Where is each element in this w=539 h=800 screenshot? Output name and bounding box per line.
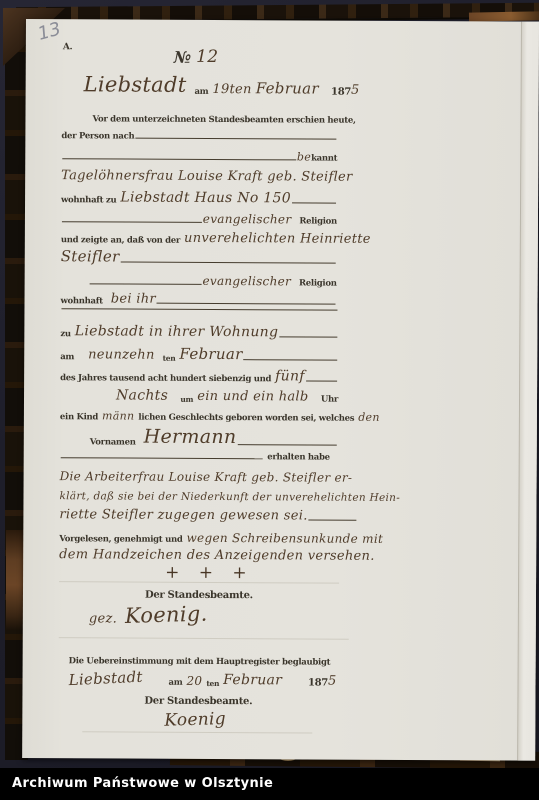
bekannt-hand: be [297, 150, 311, 163]
handmark-line: + + + [165, 563, 254, 583]
header-year-printed: 187 [331, 87, 351, 98]
separator-rule [60, 307, 338, 313]
mother-surname-line: Steifler [61, 247, 337, 266]
form-rule [237, 443, 336, 446]
birth-year-line: des Jahres tausend acht hundert siebenzi… [60, 367, 338, 384]
header-am-label: am [194, 87, 208, 97]
form-rule [61, 456, 263, 459]
birth-day-value: neunzehn [88, 347, 155, 362]
form-rule [121, 260, 336, 263]
mother-surname: Steifler [61, 247, 120, 265]
year-line-print: des Jahres tausend acht hundert siebenzi… [60, 373, 271, 384]
certification-registrar-label: Der Standesbeamte. [144, 696, 252, 708]
birth-place-value: Liebstadt in ihrer Wohnung [75, 323, 279, 340]
closing-hand-2: dem Handzeichen des Anzeigenden versehen… [59, 547, 375, 564]
vornamen-label: Vornamen [90, 437, 136, 447]
religion-value-1: evangelischer [203, 212, 292, 226]
wohnhaft-line: wohnhaft bei ihr [60, 291, 336, 307]
form-rule [90, 282, 202, 285]
child-print-2: lichen Geschlechts geboren worden sei, w… [138, 413, 354, 424]
closing-print: Vorgelesen, genehmigt und [59, 534, 182, 545]
birth-date-line: am neunzehn ten Februar [60, 344, 338, 363]
um-label: um [180, 395, 193, 404]
religion-line-1: evangelischer Religion [61, 211, 337, 226]
form-rule [306, 379, 337, 381]
registrar-label-line: Der Standesbeamte. [145, 590, 253, 602]
certification-registrar-label-line: Der Standesbeamte. [144, 696, 252, 708]
archive-name-label: Archiwum Państwowe w Olsztynie [12, 776, 273, 791]
religion-line-2: evangelischer Religion [89, 273, 337, 288]
certification-day: 20 [186, 674, 202, 688]
child-article-value: den [358, 411, 380, 424]
time-value: ein und ein halb [197, 389, 308, 405]
erhalten-line: erhalten habe [60, 451, 330, 462]
signature-prefix: gez. [89, 611, 117, 626]
mother-status: unverehelichten Heinriette [184, 231, 371, 247]
certification-ten-label: ten [206, 679, 219, 688]
intro-text: Vor dem unterzeichneten Standesbeamten e… [92, 114, 355, 125]
registrar-signature-line: gez. Koenig. [89, 602, 208, 627]
certification-am-label: am [169, 678, 183, 688]
declaration-line-2: klärt, daß sie bei der Niederkunft der u… [59, 490, 400, 504]
faint-rule [59, 581, 339, 583]
bekannt-print: kannt [311, 153, 337, 163]
record-number-value: 12 [196, 47, 218, 67]
form-rule [62, 157, 296, 160]
archive-caption-bar: Archiwum Państwowe w Olsztynie [0, 768, 539, 800]
zu-label: zu [60, 329, 70, 339]
declaration-line-1: Die Arbeiterfrau Louise Kraft geb. Steif… [60, 469, 353, 485]
certification-signature: Koenig [164, 709, 226, 731]
wohnhaft-label: wohnhaft [60, 296, 102, 306]
form-rule [135, 137, 336, 140]
handmark-crosses: + + + [165, 563, 254, 583]
registrar-label: Der Standesbeamte. [145, 590, 253, 602]
form-rule [62, 220, 202, 223]
form-rule [279, 335, 337, 337]
bekannt-line: be kannt [61, 149, 337, 163]
header-month: Februar [256, 79, 319, 97]
child-name-value: Hermann [144, 426, 237, 448]
zeigte-an-print: und zeigte an, daß von der [61, 235, 180, 246]
am-label: am [60, 352, 74, 362]
form-rule [244, 358, 338, 360]
child-gender-value: männ [102, 409, 134, 422]
child-gender-line: ein Kind männ lichen Geschlechts geboren… [60, 409, 338, 423]
time-period-value: Nachts [116, 387, 168, 403]
child-print-1: ein Kind [60, 412, 98, 422]
declarant-name: Tagelöhnersfrau Louise Kraft geb. Steifl… [61, 168, 352, 185]
certification-year-written: 5 [328, 674, 337, 689]
closing-hand-1: wegen Schreibensunkunde mit [186, 531, 383, 546]
register-page: 13 A. № 12 Liebstadt am 19ten Februar 18… [22, 19, 539, 761]
faint-rule [82, 731, 312, 733]
year-line-hand: fünf [275, 368, 305, 384]
pencil-page-number: 13 [36, 18, 64, 44]
registrar-signature: Koenig. [125, 602, 208, 628]
wohnhaft-zu-label: wohnhaft zu [61, 195, 116, 205]
form-letter: A. [63, 42, 73, 52]
header-date-line: Liebstadt am 19ten Februar 187 5 [84, 72, 360, 97]
form-rule [292, 201, 336, 203]
zeigte-an-line: und zeigte an, daß von der unverehelicht… [61, 230, 371, 247]
declaration-text-2: klärt, daß sie bei der Niederkunft der u… [59, 490, 400, 504]
birth-place-line: zu Liebstadt in ihrer Wohnung [60, 323, 338, 340]
erhalten-label: erhalten habe [267, 452, 329, 462]
declaration-line-3: riette Steifler zugegen gewesen sei. [59, 507, 309, 523]
certification-date-line: Liebstadt am 20 ten Februar 187 5 [69, 669, 337, 688]
closing-line-1: Vorgelesen, genehmigt und wegen Schreibe… [59, 530, 383, 546]
form-rule [61, 307, 337, 310]
certification-statement-line: Die Uebereinstimmung mit dem Hauptregist… [69, 656, 331, 667]
certification-signature-line: Koenig [164, 710, 226, 730]
declaration-text-1: Die Arbeiterfrau Louise Kraft geb. Steif… [60, 469, 353, 485]
residence-line: wohnhaft zu Liebstadt Haus No 150 [61, 189, 337, 206]
uhr-label: Uhr [321, 395, 338, 405]
declaration-text-3: riette Steifler zugegen gewesen sei. [59, 507, 307, 523]
closing-line-2: dem Handzeichen des Anzeigenden versehen… [59, 547, 375, 564]
intro-line: Vor dem unterzeichneten Standesbeamten e… [92, 114, 355, 125]
person-nach-line: der Person nach [61, 131, 337, 142]
religion-label-1: Religion [299, 216, 337, 226]
record-number: № 12 [174, 47, 219, 67]
religion-label-2: Religion [299, 278, 337, 288]
header-day: 19ten [212, 82, 251, 97]
certification-year-printed: 187 [308, 677, 328, 688]
birth-time-line: Nachts um ein und ein halb Uhr [116, 387, 338, 404]
page-fold-edge [517, 22, 539, 761]
child-name-line: Vornamen Hermann [90, 425, 338, 448]
form-rule [157, 302, 336, 305]
religion-value-2: evangelischer [202, 274, 291, 288]
certification-statement: Die Uebereinstimmung mit dem Hauptregist… [69, 656, 331, 667]
wohnhaft-value: bei ihr [111, 291, 156, 306]
certification-month: Februar [223, 672, 282, 688]
declarant-line: Tagelöhnersfrau Louise Kraft geb. Steifl… [61, 168, 352, 185]
ten-label: ten [163, 354, 176, 363]
residence-value: Liebstadt Haus No 150 [120, 189, 291, 206]
faint-rule [59, 637, 349, 640]
form-rule [309, 518, 357, 520]
binding-damage-top [469, 11, 539, 21]
person-label: der Person nach [61, 131, 134, 141]
document-viewer: 13 A. № 12 Liebstadt am 19ten Februar 18… [0, 0, 539, 800]
birth-month-value: Februar [179, 345, 242, 363]
numero-sign: № [174, 48, 191, 67]
header-place: Liebstadt [84, 72, 187, 97]
certification-place: Liebstadt [68, 668, 143, 689]
header-year-written: 5 [351, 83, 360, 98]
